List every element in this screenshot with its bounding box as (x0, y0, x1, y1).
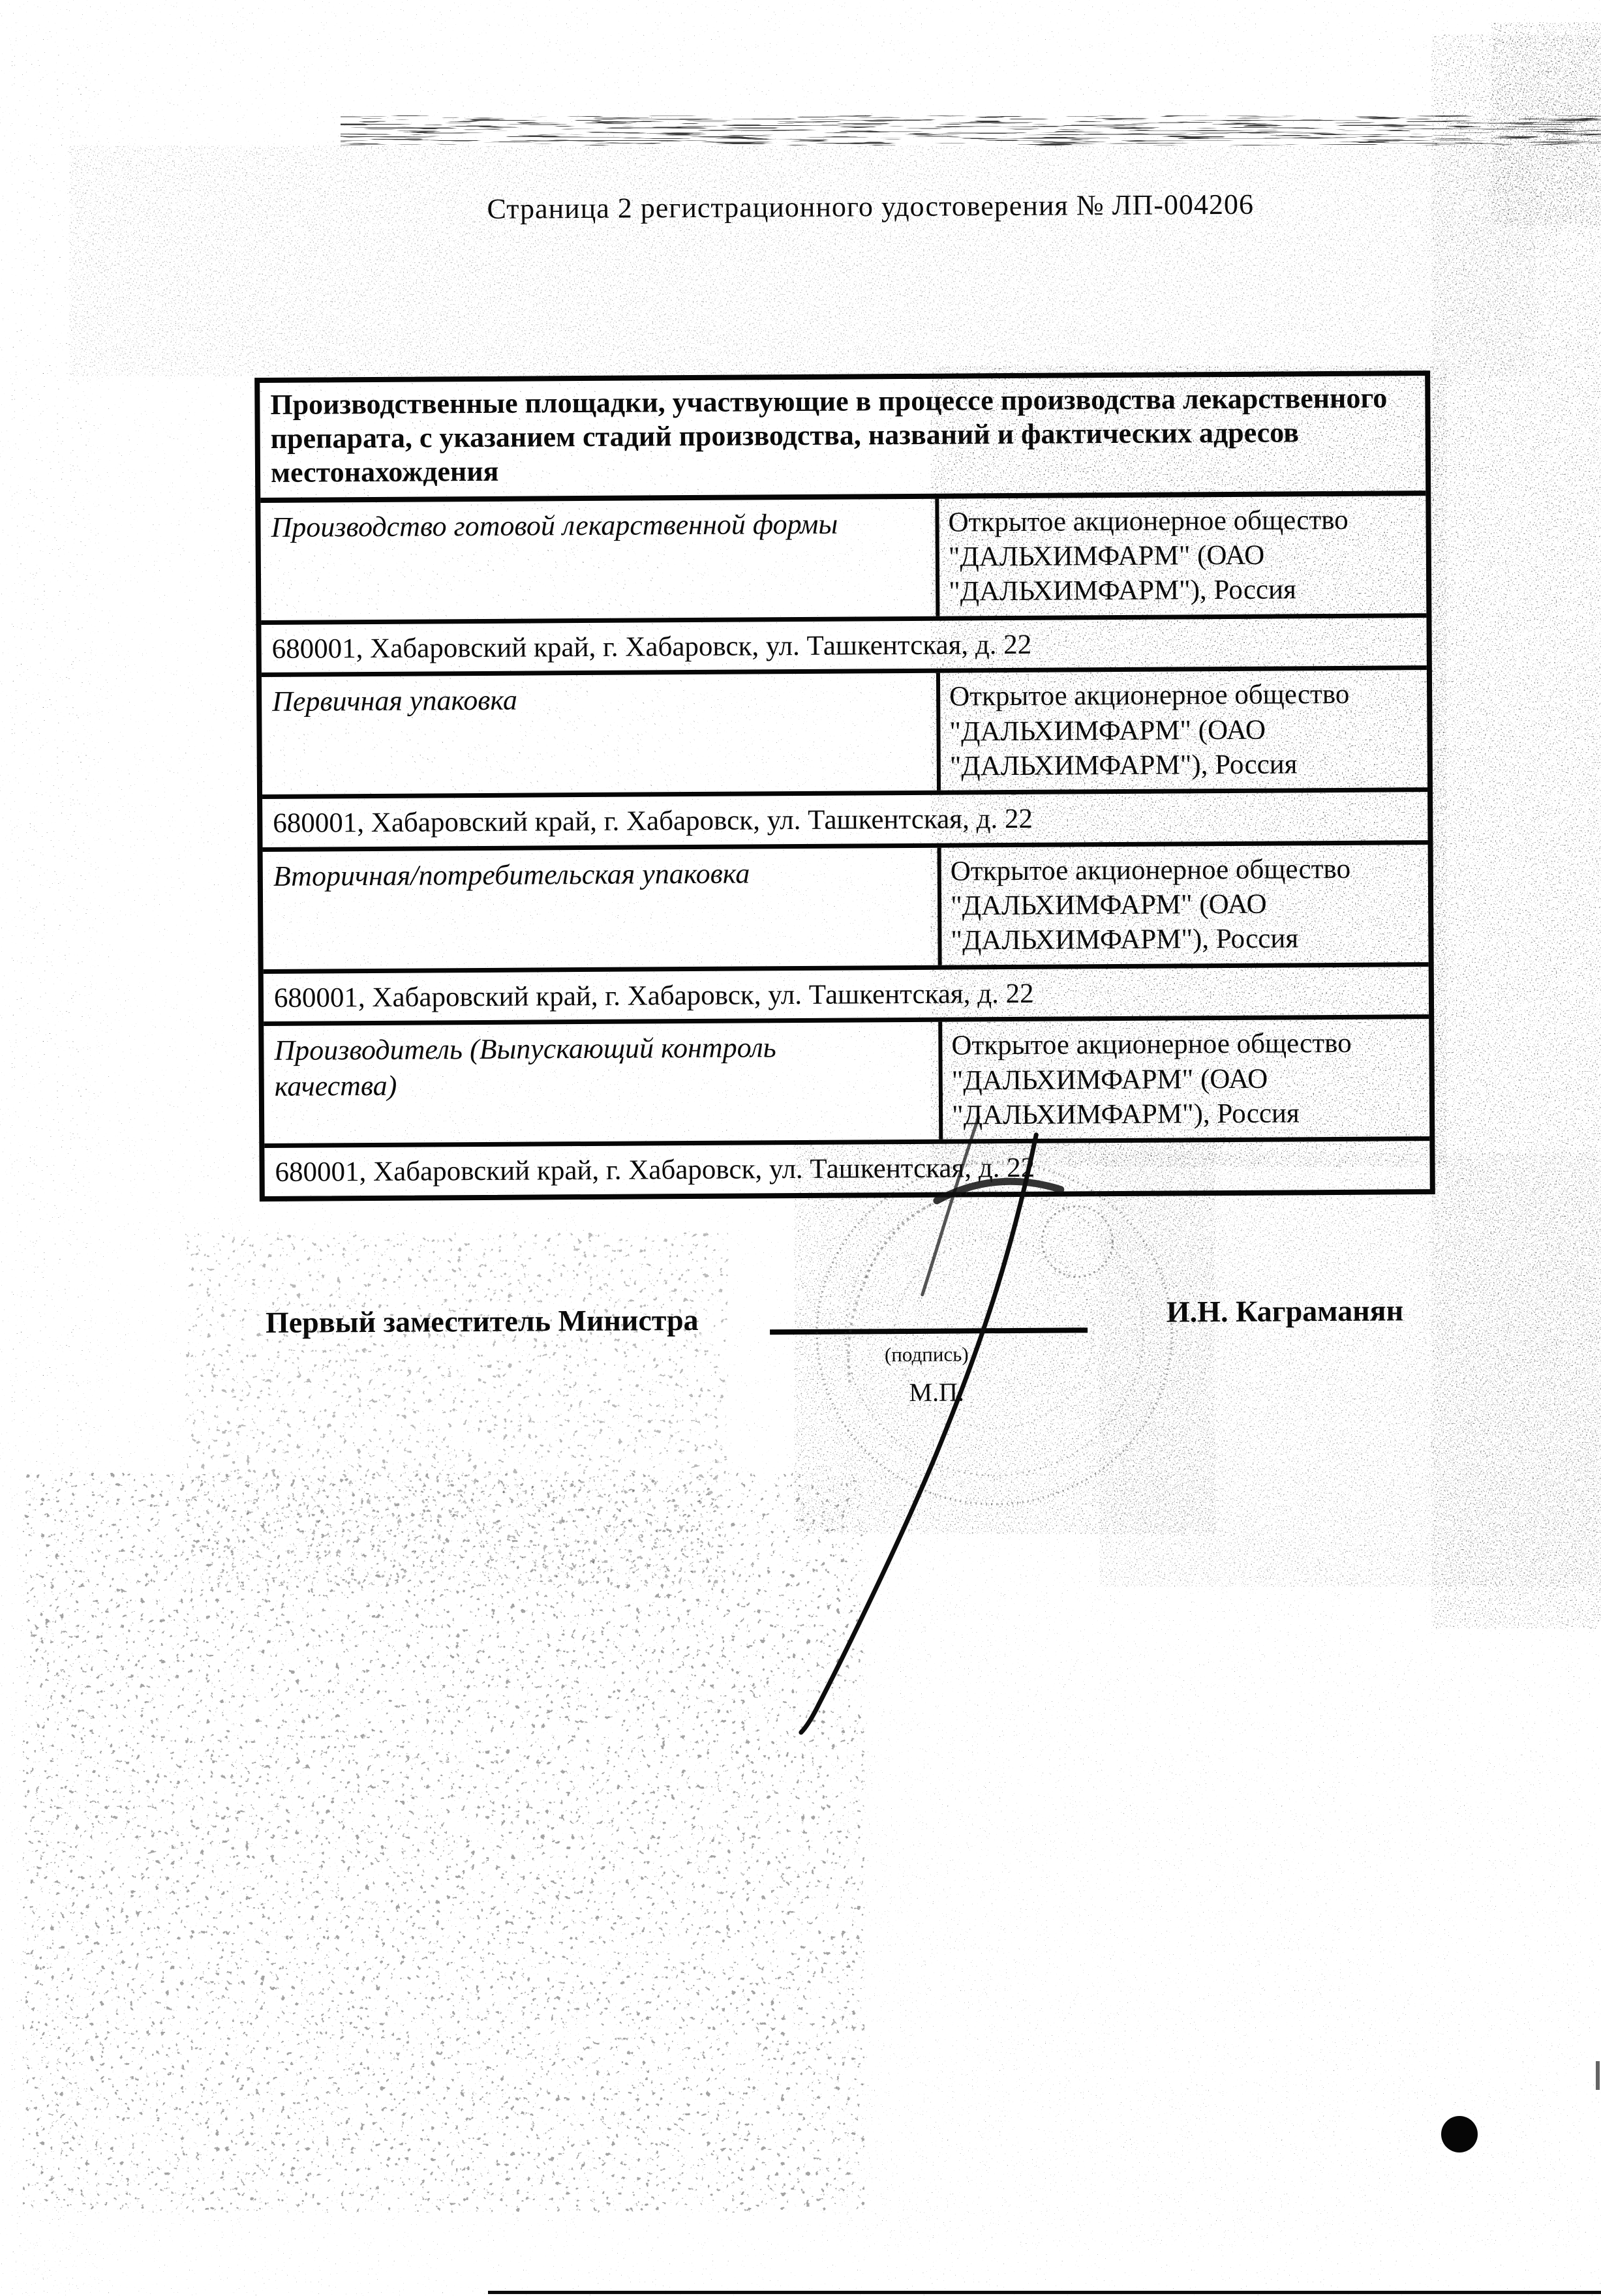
table-row: Производство готовой лекарственной формы… (260, 496, 1427, 677)
table-row: Первичная упаковка Открытое акционерное … (262, 670, 1428, 851)
signature-caption: (подпись) (829, 1342, 1024, 1367)
address-cell: 680001, Хабаровский край, г. Хабаровск, … (264, 967, 1429, 1027)
table-row: Производитель (Выпускающий контроль каче… (264, 1019, 1430, 1196)
signature-line (770, 1327, 1088, 1335)
stage-cell: Производство готовой лекарственной формы (260, 498, 939, 620)
document-page: Страница 2 регистрационного удостоверени… (0, 0, 1601, 2296)
company-cell: Открытое акционерное общество "ДАЛЬХИМФА… (942, 1019, 1429, 1139)
company-cell: Открытое акционерное общество "ДАЛЬХИМФА… (940, 670, 1427, 790)
page-header: Страница 2 регистрационного удостоверени… (487, 188, 1254, 226)
signatory-title: Первый заместитель Министра (266, 1303, 699, 1340)
signatory-name: И.Н. Каграманян (1166, 1293, 1404, 1329)
stage-cell: Вторичная/потребительская упаковка (263, 847, 942, 969)
stage-text: Первичная упаковка (272, 682, 517, 719)
stage-text: Производитель (Выпускающий контроль каче… (274, 1029, 849, 1104)
handwritten-signature-stroke (797, 1117, 1040, 1732)
company-cell: Открытое акционерное общество "ДАЛЬХИМФА… (939, 496, 1426, 616)
stage-text: Производство готовой лекарственной формы (271, 506, 838, 545)
company-cell: Открытое акционерное общество "ДАЛЬХИМФА… (941, 845, 1429, 965)
production-sites-table: Производственные площадки, участвующие в… (254, 370, 1435, 1201)
stage-text: Вторичная/потребительская упаковка (273, 855, 750, 894)
stage-cell: Производитель (Выпускающий контроль каче… (264, 1022, 943, 1143)
stage-cell: Первичная упаковка (262, 673, 941, 794)
address-cell: 680001, Хабаровский край, г. Хабаровск, … (261, 618, 1426, 678)
table-title: Производственные площадки, участвующие в… (260, 376, 1426, 503)
address-cell: 680001, Хабаровский край, г. Хабаровск, … (264, 1141, 1429, 1196)
table-row: Вторичная/потребительская упаковка Откры… (263, 845, 1429, 1026)
address-cell: 680001, Хабаровский край, г. Хабаровск, … (262, 792, 1427, 852)
stamp-place-caption: М.П. (839, 1376, 1035, 1408)
